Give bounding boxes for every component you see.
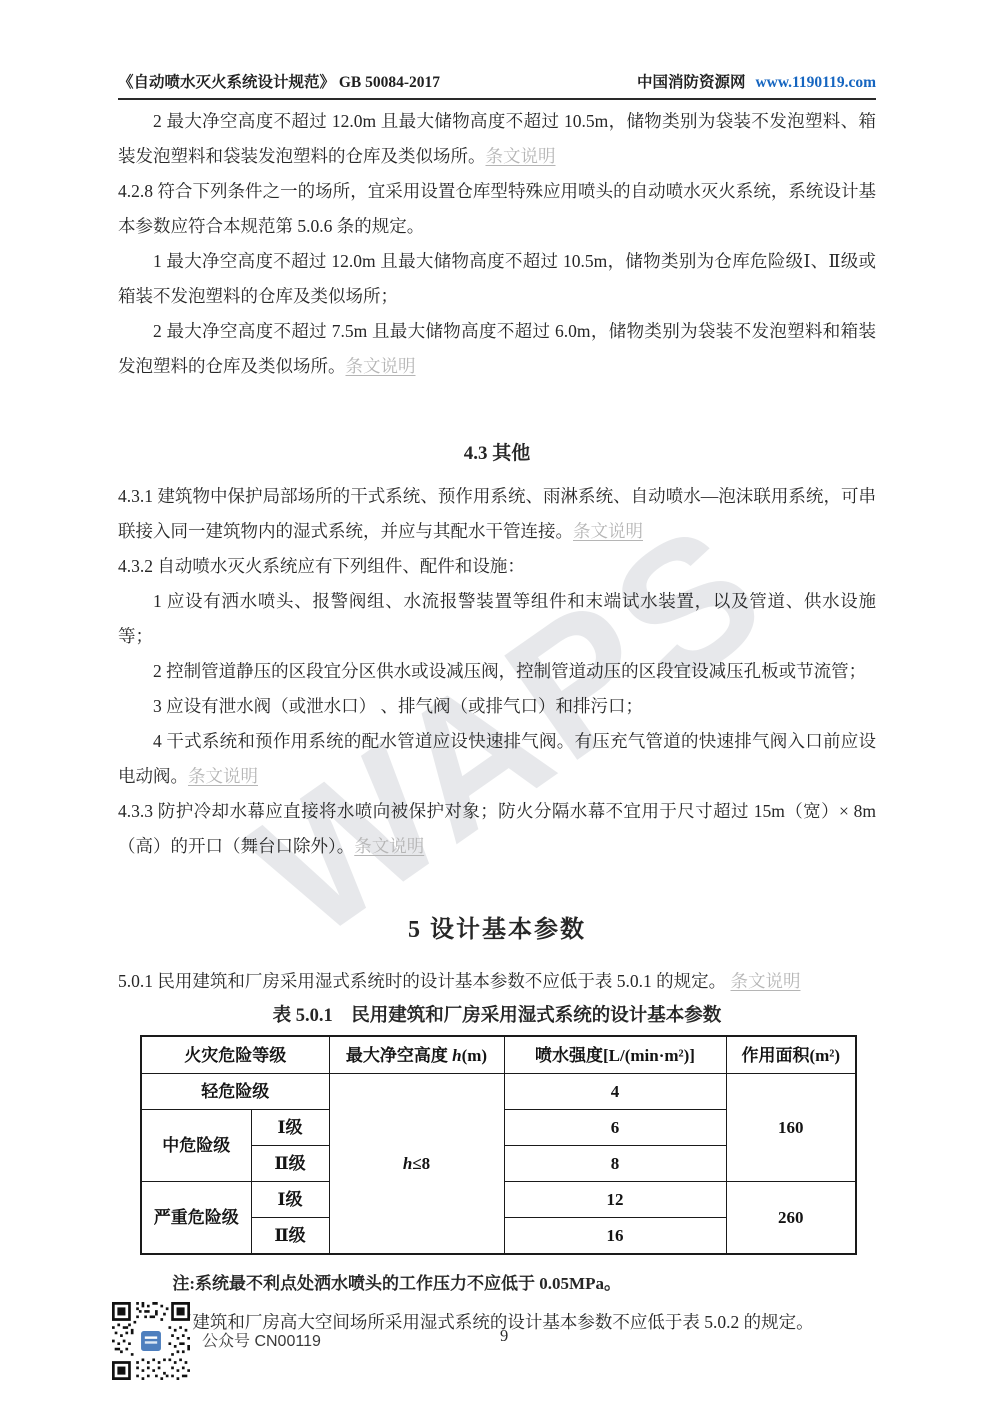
clause-explanation-link[interactable]: 条文说明	[354, 836, 424, 856]
clause-5.0.1: 5.0.1 民用建筑和厂房采用湿式系统时的设计基本参数不应低于表 5.0.1 的…	[118, 964, 876, 999]
cell-intensity-8: 8	[504, 1146, 726, 1182]
cell-severe-label: 严重危险级	[141, 1182, 251, 1255]
clause-explanation-link[interactable]: 条文说明	[486, 146, 556, 166]
cell-light-label: 轻危险级	[141, 1074, 329, 1110]
table-header-row: 火灾危险等级 最大净空高度 h(m) 喷水强度[L/(min·m²)] 作用面积…	[141, 1036, 856, 1074]
clause-4.2.8-item-2: 2 最大净空高度不超过 7.5m 且最大储物高度不超过 6.0m，储物类别为袋装…	[118, 314, 876, 384]
cell-intensity-12: 12	[504, 1182, 726, 1218]
cell-grade-I: Ⅰ级	[251, 1182, 329, 1218]
clause-4.3.3: 4.3.3 防护冷却水幕应直接将水喷向被保护对象；防火分隔水幕不宜用于尺寸超过 …	[118, 794, 876, 864]
page-footer: 公众号 CN00119 9	[0, 1298, 992, 1390]
col-header-intensity: 喷水强度[L/(min·m²)]	[504, 1036, 726, 1074]
cell-grade-I: Ⅰ级	[251, 1110, 329, 1146]
clause-explanation-link[interactable]: 条文说明	[188, 766, 258, 786]
clause-4.2.8-item-1: 1 最大净空高度不超过 12.0m 且最大储物高度不超过 10.5m，储物类别为…	[118, 244, 876, 314]
clause-4.2.8: 4.2.8 符合下列条件之一的场所，宜采用设置仓库型特殊应用喷头的自动喷水灭火系…	[118, 174, 876, 244]
site-url-link[interactable]: www.1190119.com	[755, 74, 876, 91]
chapter-heading-5: 5 设计基本参数	[118, 912, 876, 948]
table-5.0.1-title: 表 5.0.1 民用建筑和厂房采用湿式系统的设计基本参数	[118, 1001, 876, 1031]
document-body: 2 最大净空高度不超过 12.0m 且最大储物高度不超过 10.5m，储物类别为…	[118, 104, 876, 1372]
clause-4.3.2-item-3: 3 应设有泄水阀（或泄水口） 、排气阀（或排气口）和排污口；	[118, 689, 876, 724]
cell-intensity-4: 4	[504, 1074, 726, 1110]
clause-explanation-link[interactable]: 条文说明	[346, 356, 416, 376]
document-page: WAPS 《自动喷水灭火系统设计规范》 GB 50084-2017 中国消防资源…	[0, 0, 992, 1403]
wechat-account-label: 公众号 CN00119	[202, 1328, 321, 1351]
col-header-hazard: 火灾危险等级	[141, 1036, 329, 1074]
clause-4.3.2-item-2: 2 控制管道静压的区段宜分区供水或设减压阀，控制管道动压的区段宜设减压孔板或节流…	[118, 654, 876, 689]
col-header-area: 作用面积(m²)	[726, 1036, 856, 1074]
cell-area-160: 160	[726, 1074, 856, 1182]
document-title: 《自动喷水灭火系统设计规范》 GB 50084-2017	[118, 70, 440, 92]
clause-4.3.2-item-1: 1 应设有洒水喷头、报警阀组、水流报警装置等组件和末端试水装置，以及管道、供水设…	[118, 584, 876, 654]
section-heading-4.3: 4.3 其他	[118, 439, 876, 469]
table-note: 注:系统最不利点处洒水喷头的工作压力不应低于 0.05MPa。	[118, 1269, 876, 1299]
cell-intensity-6: 6	[504, 1110, 726, 1146]
clause-4.2.7-item-2: 2 最大净空高度不超过 12.0m 且最大储物高度不超过 10.5m，储物类别为…	[118, 104, 876, 174]
clause-explanation-link[interactable]: 条文说明	[731, 971, 801, 991]
clause-4.3.2: 4.3.2 自动喷水灭火系统应有下列组件、配件和设施：	[118, 549, 876, 584]
clause-explanation-link[interactable]: 条文说明	[573, 521, 643, 541]
page-number: 9	[500, 1326, 508, 1346]
clause-4.3.2-item-4: 4 干式系统和预作用系统的配水管道应设快速排气阀。有压充气管道的快速排气阀入口前…	[118, 724, 876, 794]
site-name: 中国消防资源网	[637, 74, 746, 91]
clause-4.3.1: 4.3.1 建筑物中保护局部场所的干式系统、预作用系统、雨淋系统、自动喷水—泡沫…	[118, 479, 876, 549]
cell-mid-label: 中危险级	[141, 1110, 251, 1182]
col-header-height: 最大净空高度 h(m)	[329, 1036, 504, 1074]
page-header: 《自动喷水灭火系统设计规范》 GB 50084-2017 中国消防资源网 www…	[118, 70, 876, 100]
qr-code-icon	[112, 1302, 190, 1380]
cell-grade-II: Ⅱ级	[251, 1146, 329, 1182]
table-5.0.1: 火灾危险等级 最大净空高度 h(m) 喷水强度[L/(min·m²)] 作用面积…	[140, 1035, 857, 1255]
site-credit: 中国消防资源网 www.1190119.com	[637, 70, 876, 92]
cell-max-height: h≤8	[329, 1074, 504, 1255]
cell-area-260: 260	[726, 1182, 856, 1255]
cell-grade-II: Ⅱ级	[251, 1218, 329, 1255]
cell-intensity-16: 16	[504, 1218, 726, 1255]
table-row-light: 轻危险级 h≤8 4 160	[141, 1074, 856, 1110]
